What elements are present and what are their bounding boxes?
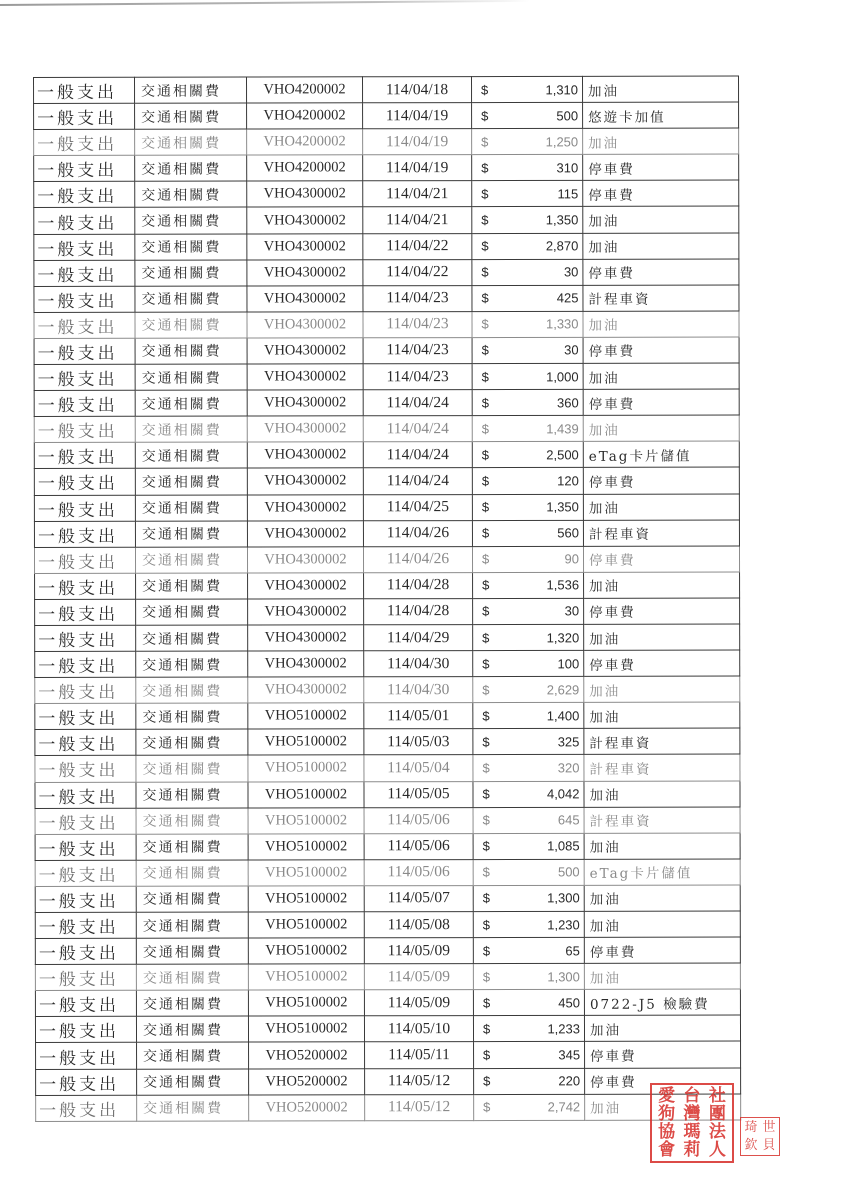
amount-value: 325 (558, 734, 580, 749)
description-cell: 停車費 (584, 598, 740, 624)
voucher-number-cell: VHO5100002 (248, 755, 364, 781)
currency-symbol: $ (481, 160, 488, 175)
expense-type-cell: 一般支出 (34, 417, 135, 443)
amount-value: 560 (557, 525, 579, 540)
amount-cell: $1,300 (473, 964, 584, 990)
category-cell: 交通相關費 (136, 755, 248, 781)
voucher-number-cell: VHO4300002 (248, 651, 364, 677)
seal-character: 法 (709, 1124, 726, 1141)
description-cell: 加油 (584, 885, 740, 911)
description-cell: 停車費 (583, 180, 739, 206)
expense-type-cell: 一般支出 (34, 338, 135, 364)
description-cell: 加油 (583, 311, 739, 337)
description-cell: 停車費 (585, 1041, 741, 1067)
voucher-number-cell: VHO4300002 (247, 233, 363, 259)
ledger-row: 一般支出交通相關費VHO4300002114/04/23$1,000加油 (34, 363, 739, 391)
currency-symbol: $ (482, 421, 489, 436)
currency-symbol: $ (482, 447, 489, 462)
category-cell: 交通相關費 (136, 990, 248, 1016)
amount-value: 1,300 (547, 891, 580, 906)
currency-symbol: $ (483, 917, 490, 932)
amount-cell: $100 (473, 650, 584, 676)
voucher-number-cell: VHO4300002 (247, 364, 363, 390)
date-cell: 114/04/23 (363, 311, 472, 337)
date-cell: 114/04/22 (363, 233, 472, 259)
expense-type-cell: 一般支出 (34, 286, 135, 312)
description-cell: 停車費 (584, 650, 740, 676)
amount-value: 450 (558, 995, 580, 1010)
date-cell: 114/04/26 (363, 546, 472, 572)
description-cell: 停車費 (583, 337, 739, 363)
expense-type-cell: 一般支出 (34, 234, 135, 260)
amount-value: 90 (565, 552, 580, 567)
amount-cell: $2,742 (474, 1094, 585, 1120)
ledger-row: 一般支出交通相關費VHO5200002114/05/12$2,742加油 (36, 1094, 741, 1122)
category-cell: 交通相關費 (135, 234, 247, 260)
description-cell: 計程車資 (584, 807, 740, 833)
amount-value: 645 (558, 813, 580, 828)
seal-character: 會 (658, 1142, 675, 1159)
date-cell: 114/05/07 (364, 885, 473, 911)
amount-cell: $1,000 (472, 363, 583, 389)
amount-value: 1,320 (547, 630, 580, 645)
description-cell: 停車費 (584, 937, 740, 963)
currency-symbol: $ (482, 395, 489, 410)
currency-symbol: $ (481, 108, 488, 123)
ledger-row: 一般支出交通相關費VHO4300002114/04/22$2,870加油 (34, 233, 739, 261)
expense-type-cell: 一般支出 (34, 182, 135, 208)
description-cell: 加油 (584, 911, 740, 937)
ledger-row: 一般支出交通相關費VHO5200002114/05/12$220停車費 (36, 1068, 741, 1096)
description-cell: 加油 (583, 128, 739, 154)
expense-type-cell: 一般支出 (35, 808, 136, 834)
category-cell: 交通相關費 (136, 964, 248, 990)
amount-cell: $320 (473, 755, 584, 781)
date-cell: 114/05/11 (365, 1042, 474, 1068)
description-cell: eTag卡片儲值 (583, 441, 739, 467)
category-cell: 交通相關費 (136, 677, 248, 703)
category-cell: 交通相關費 (135, 103, 247, 129)
voucher-number-cell: VHO4300002 (247, 416, 363, 442)
voucher-number-cell: VHO4300002 (248, 573, 364, 599)
date-cell: 114/04/24 (363, 442, 472, 468)
seal-character: 團 (709, 1106, 726, 1123)
amount-value: 310 (556, 160, 578, 175)
ledger-row: 一般支出交通相關費VHO5100002114/05/08$1,230加油 (35, 911, 740, 939)
amount-value: 1,230 (547, 917, 580, 932)
seal-character: 灣 (683, 1106, 700, 1123)
ledger-row: 一般支出交通相關費VHO4300002114/04/24$120停車費 (34, 467, 739, 495)
voucher-number-cell: VHO4300002 (247, 390, 363, 416)
amount-cell: $645 (473, 807, 584, 833)
ledger-row: 一般支出交通相關費VHO5100002114/05/10$1,233加油 (35, 1015, 740, 1043)
ledger-row: 一般支出交通相關費VHO4300002114/04/23$30停車費 (34, 337, 739, 365)
voucher-number-cell: VHO4300002 (248, 625, 364, 651)
description-cell: 加油 (584, 781, 740, 807)
date-cell: 114/04/24 (363, 390, 472, 416)
amount-value: 1,536 (547, 578, 580, 593)
ledger-row: 一般支出交通相關費VHO4300002114/04/23$425計程車資 (34, 285, 739, 313)
voucher-number-cell: VHO5200002 (249, 1094, 365, 1120)
category-cell: 交通相關費 (136, 599, 248, 625)
seal-column: 台灣瑪莉 (683, 1087, 700, 1159)
category-cell: 交通相關費 (135, 129, 247, 155)
expense-type-cell: 一般支出 (35, 625, 136, 651)
currency-symbol: $ (481, 291, 488, 306)
amount-value: 360 (557, 395, 579, 410)
expense-ledger-table: 一般支出交通相關費VHO4200002114/04/18$1,310加油一般支出… (33, 76, 741, 1122)
amount-value: 1,300 (547, 969, 580, 984)
voucher-number-cell: VHO4300002 (247, 259, 363, 285)
date-cell: 114/05/03 (364, 729, 473, 755)
description-cell: 停車費 (583, 546, 739, 572)
description-cell: 加油 (583, 206, 739, 232)
voucher-number-cell: VHO4300002 (247, 494, 363, 520)
expense-type-cell: 一般支出 (34, 443, 135, 469)
ledger-row: 一般支出交通相關費VHO4300002114/04/21$1,350加油 (34, 206, 739, 234)
expense-type-cell: 一般支出 (35, 938, 136, 964)
currency-symbol: $ (481, 213, 488, 228)
voucher-number-cell: VHO5100002 (248, 860, 364, 886)
date-cell: 114/05/06 (364, 807, 473, 833)
amount-value: 100 (558, 656, 580, 671)
expense-type-cell: 一般支出 (35, 704, 136, 730)
currency-symbol: $ (483, 1048, 490, 1063)
currency-symbol: $ (483, 1100, 490, 1115)
amount-cell: $1,439 (472, 416, 583, 442)
description-cell: 加油 (583, 494, 739, 520)
description-cell: 加油 (584, 963, 740, 989)
amount-value: 2,742 (548, 1100, 581, 1115)
expense-type-cell: 一般支出 (35, 991, 136, 1017)
category-cell: 交通相關費 (135, 181, 247, 207)
expense-type-cell: 一般支出 (35, 677, 136, 703)
voucher-number-cell: VHO4300002 (247, 546, 363, 572)
date-cell: 114/04/29 (364, 625, 473, 651)
currency-symbol: $ (481, 186, 488, 201)
ledger-row: 一般支出交通相關費VHO4300002114/04/30$100停車費 (35, 650, 740, 678)
voucher-number-cell: VHO5100002 (248, 781, 364, 807)
amount-value: 30 (565, 604, 580, 619)
ledger-row: 一般支出交通相關費VHO4300002114/04/23$1,330加油 (34, 311, 739, 339)
amount-value: 1,350 (546, 499, 579, 514)
category-cell: 交通相關費 (135, 260, 247, 286)
ledger-row: 一般支出交通相關費VHO5100002114/05/09$4500722-J5 … (35, 989, 740, 1017)
date-cell: 114/04/21 (363, 181, 472, 207)
category-cell: 交通相關費 (136, 1016, 248, 1042)
category-cell: 交通相關費 (135, 495, 247, 521)
amount-value: 1,439 (546, 421, 579, 436)
ledger-row: 一般支出交通相關費VHO4200002114/04/19$310停車費 (34, 154, 739, 182)
description-cell: 計程車資 (584, 728, 740, 754)
amount-cell: $345 (474, 1042, 585, 1068)
category-cell: 交通相關費 (135, 286, 247, 312)
date-cell: 114/04/26 (363, 520, 472, 546)
category-cell: 交通相關費 (136, 938, 248, 964)
expense-type-cell: 一般支出 (34, 208, 135, 234)
description-cell: 加油 (584, 833, 740, 859)
date-cell: 114/05/01 (364, 703, 473, 729)
category-cell: 交通相關費 (136, 729, 248, 755)
voucher-number-cell: VHO5100002 (248, 729, 364, 755)
voucher-number-cell: VHO4300002 (248, 677, 364, 703)
ledger-row: 一般支出交通相關費VHO4300002114/04/26$90停車費 (34, 546, 739, 574)
category-cell: 交通相關費 (135, 468, 247, 494)
expense-type-cell: 一般支出 (35, 1017, 136, 1043)
currency-symbol: $ (482, 343, 489, 358)
currency-symbol: $ (482, 787, 489, 802)
ledger-row: 一般支出交通相關費VHO4300002114/04/24$360停車費 (34, 389, 739, 417)
amount-cell: $1,310 (472, 76, 583, 102)
description-cell: 加油 (584, 572, 740, 598)
currency-symbol: $ (482, 682, 489, 697)
date-cell: 114/05/06 (364, 833, 473, 859)
date-cell: 114/04/23 (363, 364, 472, 390)
expense-type-cell: 一般支出 (34, 547, 135, 573)
description-cell: 停車費 (583, 389, 739, 415)
expense-type-cell: 一般支出 (35, 756, 136, 782)
ledger-row: 一般支出交通相關費VHO5100002114/05/06$1,085加油 (35, 833, 740, 861)
amount-cell: $500 (472, 102, 583, 128)
currency-symbol: $ (482, 473, 489, 488)
date-cell: 114/04/21 (363, 207, 472, 233)
seal-character: 人 (709, 1142, 726, 1159)
currency-symbol: $ (482, 578, 489, 593)
description-cell: 計程車資 (583, 520, 739, 546)
voucher-number-cell: VHO5100002 (248, 807, 364, 833)
expense-type-cell: 一般支出 (34, 77, 135, 103)
ledger-row: 一般支出交通相關費VHO5100002114/05/06$500eTag卡片儲值 (35, 859, 740, 887)
currency-symbol: $ (483, 1074, 490, 1089)
voucher-number-cell: VHO4300002 (247, 338, 363, 364)
amount-cell: $1,230 (473, 911, 584, 937)
date-cell: 114/05/09 (364, 938, 473, 964)
expense-type-cell: 一般支出 (34, 129, 135, 155)
amount-value: 500 (556, 108, 578, 123)
voucher-number-cell: VHO5100002 (248, 834, 364, 860)
expense-type-cell: 一般支出 (35, 651, 136, 677)
date-cell: 114/04/24 (363, 468, 472, 494)
currency-symbol: $ (481, 239, 488, 254)
voucher-number-cell: VHO5100002 (248, 886, 364, 912)
date-cell: 114/05/12 (365, 1094, 474, 1120)
amount-cell: $500 (473, 859, 584, 885)
description-cell: 加油 (584, 1015, 740, 1041)
amount-cell: $4,042 (473, 781, 584, 807)
amount-cell: $1,085 (473, 833, 584, 859)
amount-value: 320 (558, 760, 580, 775)
voucher-number-cell: VHO4300002 (248, 599, 364, 625)
expense-type-cell: 一般支出 (34, 260, 135, 286)
date-cell: 114/05/08 (364, 912, 473, 938)
category-cell: 交通相關費 (136, 808, 248, 834)
description-cell: 加油 (584, 702, 740, 728)
expense-type-cell: 一般支出 (35, 782, 136, 808)
currency-symbol: $ (482, 500, 489, 515)
seal-column: 愛狗協會 (658, 1087, 675, 1159)
description-cell: eTag卡片儲值 (584, 859, 740, 885)
seal-character: 狗 (658, 1106, 675, 1123)
voucher-number-cell: VHO4200002 (247, 129, 363, 155)
amount-value: 30 (564, 343, 579, 358)
amount-value: 425 (557, 291, 579, 306)
expense-type-cell: 一般支出 (35, 573, 136, 599)
ledger-row: 一般支出交通相關費VHO4300002114/04/29$1,320加油 (35, 624, 740, 652)
amount-cell: $1,300 (473, 885, 584, 911)
date-cell: 114/04/28 (364, 572, 473, 598)
amount-cell: $1,330 (472, 311, 583, 337)
scanner-edge-shadow (0, 0, 530, 6)
ledger-row: 一般支出交通相關費VHO4200002114/04/18$1,310加油 (34, 76, 739, 104)
category-cell: 交通相關費 (136, 886, 248, 912)
amount-value: 1,330 (546, 317, 579, 332)
amount-cell: $310 (472, 155, 583, 181)
description-cell: 停車費 (583, 154, 739, 180)
amount-cell: $1,400 (473, 703, 584, 729)
expense-type-cell: 一般支出 (36, 1043, 137, 1069)
date-cell: 114/04/23 (363, 285, 472, 311)
amount-value: 1,250 (546, 134, 579, 149)
date-cell: 114/05/05 (364, 781, 473, 807)
category-cell: 交通相關費 (137, 1095, 249, 1121)
currency-symbol: $ (482, 630, 489, 645)
amount-value: 65 (565, 943, 580, 958)
date-cell: 114/05/04 (364, 755, 473, 781)
currency-symbol: $ (483, 865, 490, 880)
amount-value: 120 (557, 473, 579, 488)
amount-cell: $1,233 (473, 1016, 584, 1042)
seal-column: 琦欽 (744, 1119, 757, 1154)
amount-value: 1,400 (547, 708, 580, 723)
category-cell: 交通相關費 (136, 860, 248, 886)
currency-symbol: $ (483, 995, 490, 1010)
amount-value: 30 (564, 265, 579, 280)
currency-symbol: $ (483, 969, 490, 984)
category-cell: 交通相關費 (136, 782, 248, 808)
amount-value: 2,500 (546, 447, 579, 462)
ledger-row: 一般支出交通相關費VHO4300002114/04/25$1,350加油 (34, 494, 739, 522)
voucher-number-cell: VHO4300002 (247, 520, 363, 546)
currency-symbol: $ (482, 526, 489, 541)
expense-type-cell: 一般支出 (34, 521, 135, 547)
expense-type-cell: 一般支出 (34, 390, 135, 416)
currency-symbol: $ (481, 265, 488, 280)
date-cell: 114/04/23 (363, 338, 472, 364)
ledger-row: 一般支出交通相關費VHO5100002114/05/01$1,400加油 (35, 702, 740, 730)
seal-character: 台 (683, 1088, 700, 1105)
description-cell: 悠遊卡加值 (583, 102, 739, 128)
amount-cell: $1,250 (472, 129, 583, 155)
amount-cell: $120 (472, 468, 583, 494)
personal-seal-stamp: 世貝琦欽 (740, 1117, 780, 1156)
voucher-number-cell: VHO5100002 (248, 912, 364, 938)
seal-character: 社 (709, 1088, 726, 1105)
amount-cell: $1,350 (472, 207, 583, 233)
expense-type-cell: 一般支出 (34, 469, 135, 495)
category-cell: 交通相關費 (137, 1069, 249, 1095)
currency-symbol: $ (482, 604, 489, 619)
currency-symbol: $ (482, 552, 489, 567)
currency-symbol: $ (482, 317, 489, 332)
date-cell: 114/05/12 (365, 1068, 474, 1094)
expense-type-cell: 一般支出 (34, 364, 135, 390)
currency-symbol: $ (481, 82, 488, 97)
amount-cell: $1,320 (473, 624, 584, 650)
amount-cell: $220 (474, 1068, 585, 1094)
amount-cell: $65 (473, 937, 584, 963)
category-cell: 交通相關費 (135, 364, 247, 390)
date-cell: 114/04/30 (364, 651, 473, 677)
description-cell: 加油 (584, 624, 740, 650)
date-cell: 114/04/25 (363, 494, 472, 520)
expense-type-cell: 一般支出 (35, 912, 136, 938)
voucher-number-cell: VHO4300002 (247, 286, 363, 312)
date-cell: 114/05/06 (364, 859, 473, 885)
ledger-row: 一般支出交通相關費VHO5100002114/05/06$645計程車資 (35, 807, 740, 835)
category-cell: 交通相關費 (135, 416, 247, 442)
currency-symbol: $ (483, 1021, 490, 1036)
amount-cell: $90 (472, 546, 583, 572)
category-cell: 交通相關費 (135, 77, 247, 103)
seal-character: 愛 (658, 1088, 675, 1105)
category-cell: 交通相關費 (137, 1043, 249, 1069)
seal-character: 欽 (744, 1139, 757, 1152)
ledger-row: 一般支出交通相關費VHO4300002114/04/24$1,439加油 (34, 415, 739, 443)
date-cell: 114/04/19 (363, 129, 472, 155)
category-cell: 交通相關費 (135, 442, 247, 468)
seal-character: 協 (658, 1124, 675, 1141)
amount-value: 500 (558, 865, 580, 880)
voucher-number-cell: VHO4200002 (247, 77, 363, 103)
category-cell: 交通相關費 (136, 573, 248, 599)
currency-symbol: $ (482, 656, 489, 671)
category-cell: 交通相關費 (136, 912, 248, 938)
currency-symbol: $ (483, 943, 490, 958)
ledger-row: 一般支出交通相關費VHO4300002114/04/28$30停車費 (35, 598, 740, 626)
seal-character: 世 (762, 1121, 775, 1134)
expense-type-cell: 一般支出 (35, 964, 136, 990)
currency-symbol: $ (482, 761, 489, 776)
ledger-row: 一般支出交通相關費VHO4300002114/04/30$2,629加油 (35, 676, 740, 704)
amount-cell: $30 (472, 337, 583, 363)
category-cell: 交通相關費 (135, 208, 247, 234)
expense-type-cell: 一般支出 (35, 599, 136, 625)
amount-value: 220 (558, 1073, 580, 1088)
currency-symbol: $ (483, 891, 490, 906)
description-cell: 停車費 (583, 259, 739, 285)
amount-cell: $2,629 (473, 677, 584, 703)
voucher-number-cell: VHO4200002 (247, 155, 363, 181)
amount-cell: $2,500 (472, 442, 583, 468)
ledger-row: 一般支出交通相關費VHO5100002114/05/09$65停車費 (35, 937, 740, 965)
expense-type-cell: 一般支出 (34, 495, 135, 521)
voucher-number-cell: VHO4200002 (247, 103, 363, 129)
category-cell: 交通相關費 (135, 547, 247, 573)
amount-value: 1,085 (547, 839, 580, 854)
amount-cell: $30 (473, 598, 584, 624)
category-cell: 交通相關費 (136, 834, 248, 860)
organization-seal-stamp: 社團法人台灣瑪莉愛狗協會 (650, 1083, 734, 1163)
currency-symbol: $ (482, 369, 489, 384)
expense-type-cell: 一般支出 (36, 1069, 137, 1095)
ledger-row: 一般支出交通相關費VHO4200002114/04/19$1,250加油 (34, 128, 739, 156)
date-cell: 114/04/30 (364, 677, 473, 703)
ledger-row: 一般支出交通相關費VHO5100002114/05/05$4,042加油 (35, 781, 740, 809)
description-cell: 計程車資 (584, 754, 740, 780)
seal-column: 世貝 (762, 1119, 775, 1154)
amount-value: 115 (557, 186, 578, 201)
ledger-body: 一般支出交通相關費VHO4200002114/04/18$1,310加油一般支出… (34, 76, 741, 1121)
